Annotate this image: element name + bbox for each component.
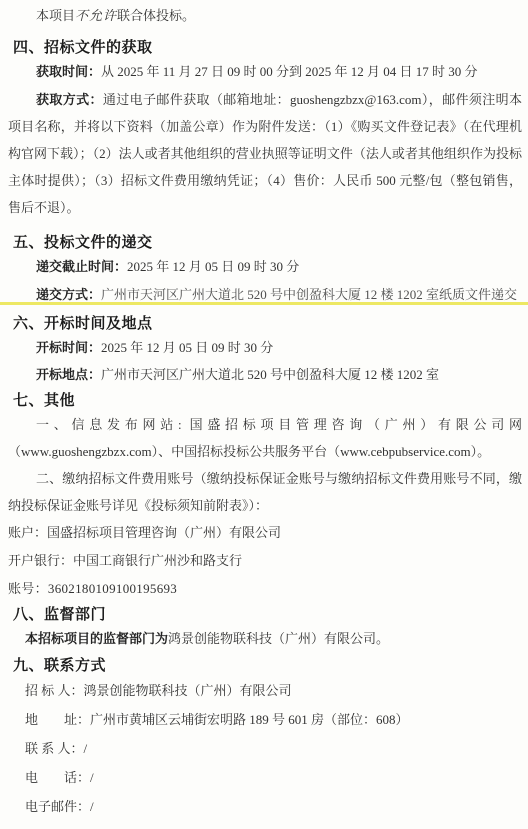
s7-item1-website: 一、信息发布网站: 国盛招标项目管理咨询（广州）有限公司网（www.guoshe… — [8, 411, 522, 465]
s5-method-value: 广州市天河区广州大道北 520 号中创盈科大厦 12 楼 1202 室纸质文件递… — [101, 287, 517, 302]
s9-phone-label: 电 话： — [25, 770, 90, 785]
s9-row-email: 电子邮件：/ — [25, 792, 524, 821]
s5-method-label: 递交方式： — [36, 287, 101, 302]
s9-email-value: / — [90, 799, 94, 814]
s6-open-place-label: 开标地点： — [36, 367, 101, 382]
s7-account-number-line: 账号：3602180109100195693 — [8, 575, 524, 603]
section8-title: 八、监督部门 — [13, 605, 522, 625]
s9-tenderer-label: 招 标 人： — [25, 683, 84, 698]
s9-contact-label: 联 系 人： — [25, 741, 84, 756]
s6-open-place-line: 开标地点：广州市天河区广州大道北 520 号中创盈科大厦 12 楼 1202 室 — [8, 361, 524, 388]
s9-row-address: 地 址：广州市黄埔区云埔街宏明路 189 号 601 房（部位：608） — [25, 705, 524, 734]
section7-title: 七、其他 — [13, 391, 522, 411]
s9-phone-value: / — [90, 770, 94, 785]
s9-row-phone: 电 话：/ — [25, 763, 524, 792]
s9-email-label: 电子邮件： — [25, 799, 90, 814]
s9-row-tenderer: 招 标 人：鸿景创能物联科技（广州）有限公司 — [25, 676, 524, 705]
s6-open-place-value: 广州市天河区广州大道北 520 号中创盈科大厦 12 楼 1202 室 — [101, 367, 439, 382]
s7-account-name-line: 账户：国盛招标项目管理咨询（广州）有限公司 — [8, 519, 524, 547]
s8-supervisor-value: 鸿景创能物联科技（广州）有限公司。 — [168, 631, 389, 646]
s5-deadline-value: 2025 年 12 月 05 日 09 时 30 分 — [127, 259, 299, 274]
s4-obtain-time-value: 从 2025 年 11 月 27 日 09 时 00 分到 2025 年 12 … — [101, 64, 478, 79]
s5-deadline-label: 递交截止时间： — [36, 259, 127, 274]
s4-obtain-method-label: 获取方式： — [36, 92, 103, 107]
s7-bank-line: 开户银行：中国工商银行广州沙和路支行 — [8, 547, 524, 575]
s9-address-value: 广州市黄埔区云埔街宏明路 189 号 601 房（部位：608） — [90, 712, 409, 727]
section6-title: 六、开标时间及地点 — [13, 314, 522, 334]
s9-row-contact: 联 系 人：/ — [25, 734, 524, 763]
s4-obtain-method-paragraph: 获取方式：通过电子邮件获取（邮箱地址：guoshengzbzx@163.com）… — [8, 86, 522, 221]
intro-prefix: 本项目 — [36, 8, 75, 23]
s9-tenderer-value: 鸿景创能物联科技（广州）有限公司 — [84, 683, 292, 698]
s8-supervisor-lead: 本招标项目的监督部门为 — [25, 631, 168, 646]
intro-suffix: 联合体投标。 — [117, 8, 195, 23]
s6-open-time-line: 开标时间：2025 年 12 月 05 日 09 时 30 分 — [8, 334, 524, 361]
section4-title: 四、招标文件的获取 — [13, 38, 522, 58]
document-page: 本项目不允许联合体投标。 四、招标文件的获取 获取时间：从 2025 年 11 … — [0, 4, 528, 821]
intro-emphasis: 不允许 — [75, 8, 117, 23]
s4-obtain-time-label: 获取时间： — [36, 64, 101, 79]
s5-method-line: 递交方式：广州市天河区广州大道北 520 号中创盈科大厦 12 楼 1202 室… — [8, 281, 524, 309]
section5-title: 五、投标文件的递交 — [13, 233, 522, 253]
s6-open-time-value: 2025 年 12 月 05 日 09 时 30 分 — [101, 340, 273, 355]
s7-item2-payment-account-note: 二、缴纳招标文件费用账号（缴纳投标保证金账号与缴纳招标文件费用账号不同，缴纳投标… — [8, 465, 522, 519]
s5-deadline-line: 递交截止时间：2025 年 12 月 05 日 09 时 30 分 — [8, 253, 524, 281]
s4-obtain-time-line: 获取时间：从 2025 年 11 月 27 日 09 时 00 分到 2025 … — [8, 58, 524, 86]
s8-supervisor-line: 本招标项目的监督部门为鸿景创能物联科技（广州）有限公司。 — [25, 625, 524, 652]
s9-contact-value: / — [84, 741, 88, 756]
section9-title: 九、联系方式 — [13, 656, 522, 676]
s4-obtain-method-value: 通过电子邮件获取（邮箱地址：guoshengzbzx@163.com），邮件须注… — [8, 92, 522, 215]
s6-open-time-label: 开标时间： — [36, 340, 101, 355]
s9-address-label: 地 址： — [25, 712, 90, 727]
intro-line: 本项目不允许联合体投标。 — [36, 4, 520, 28]
